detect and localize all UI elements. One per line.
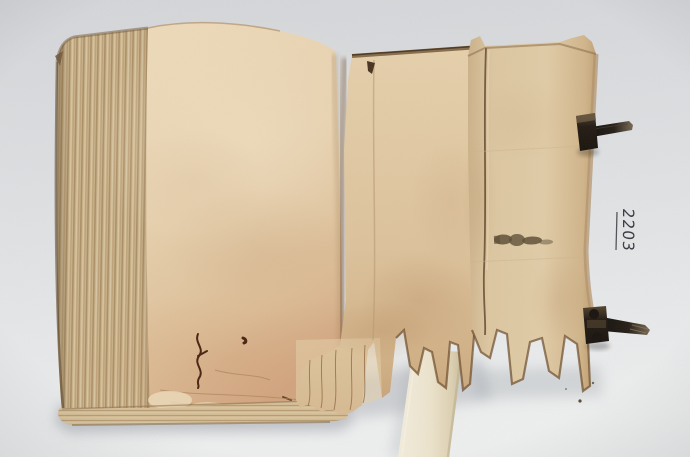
photo-old-book: 2203 xyxy=(0,0,690,457)
photo-canvas: 2203 xyxy=(0,0,690,457)
photo-grain xyxy=(0,0,690,457)
